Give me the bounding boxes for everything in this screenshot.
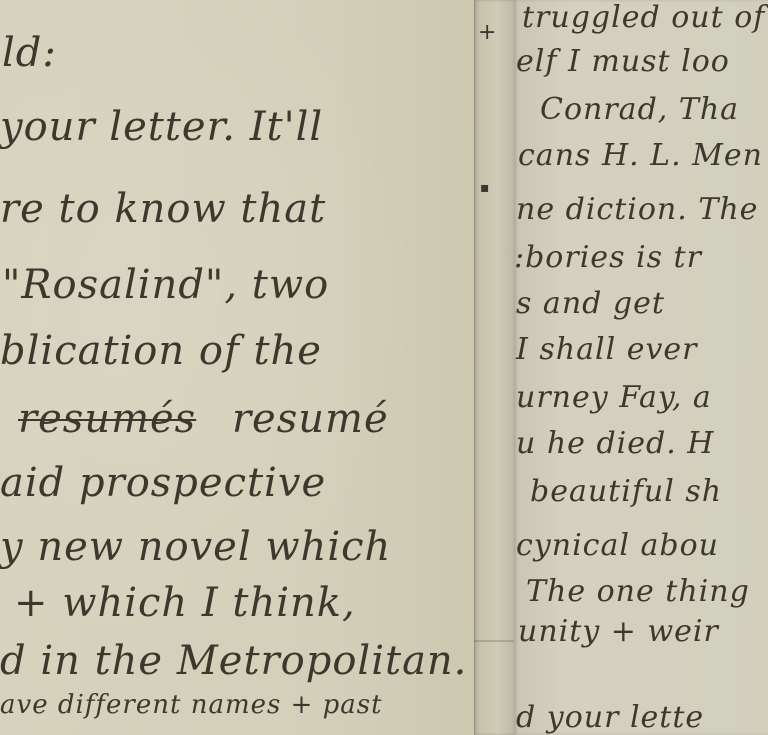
handwritten-line: y new novel which	[0, 524, 391, 570]
letter-page-left: ld: your letter. It'll re to know that "…	[0, 0, 474, 735]
handwritten-line: beautiful sh	[530, 474, 722, 509]
handwritten-line: :bories is tr	[514, 240, 702, 275]
handwritten-line: The one thing	[526, 574, 750, 609]
handwritten-line: I shall ever	[516, 332, 698, 367]
handwritten-line: Conrad, Tha	[540, 92, 739, 127]
handwritten-line: ld:	[2, 30, 57, 76]
replacement-word: resumé	[232, 396, 389, 442]
handwritten-line: s and get	[516, 286, 665, 321]
paper-fold: + ▪	[474, 0, 514, 735]
handwritten-line: blication of the	[0, 328, 322, 374]
handwritten-line: ne diction. The	[516, 192, 758, 227]
handwritten-line: truggled out of	[522, 0, 765, 35]
insert-mark: +	[478, 20, 496, 45]
letter-page-right: truggled out of elf I must loo Conrad, T…	[514, 0, 768, 735]
handwritten-line: "Rosalind", two	[2, 262, 329, 308]
handwritten-line: ave different names + past	[0, 690, 383, 720]
struck-out-text: resumés	[18, 396, 196, 442]
handwritten-line: d your lette	[516, 700, 704, 735]
handwritten-line: u he died. H	[516, 426, 714, 461]
handwritten-line: urney Fay, a	[516, 380, 712, 415]
handwritten-line: + which I think,	[14, 580, 356, 626]
handwritten-line: cans H. L. Men	[518, 138, 763, 173]
handwritten-line: elf I must loo	[516, 44, 730, 79]
handwritten-line: your letter. It'll	[0, 104, 323, 150]
handwritten-line: re to know that	[0, 186, 326, 232]
handwritten-line: aid prospective	[0, 460, 326, 506]
ink-dot: ▪	[480, 180, 490, 196]
handwritten-line: unity + weir	[518, 614, 719, 649]
handwritten-line: cynical abou	[516, 528, 719, 563]
struck-word: resumés resumé	[18, 396, 389, 442]
handwritten-line: d in the Metropolitan.	[0, 638, 467, 684]
